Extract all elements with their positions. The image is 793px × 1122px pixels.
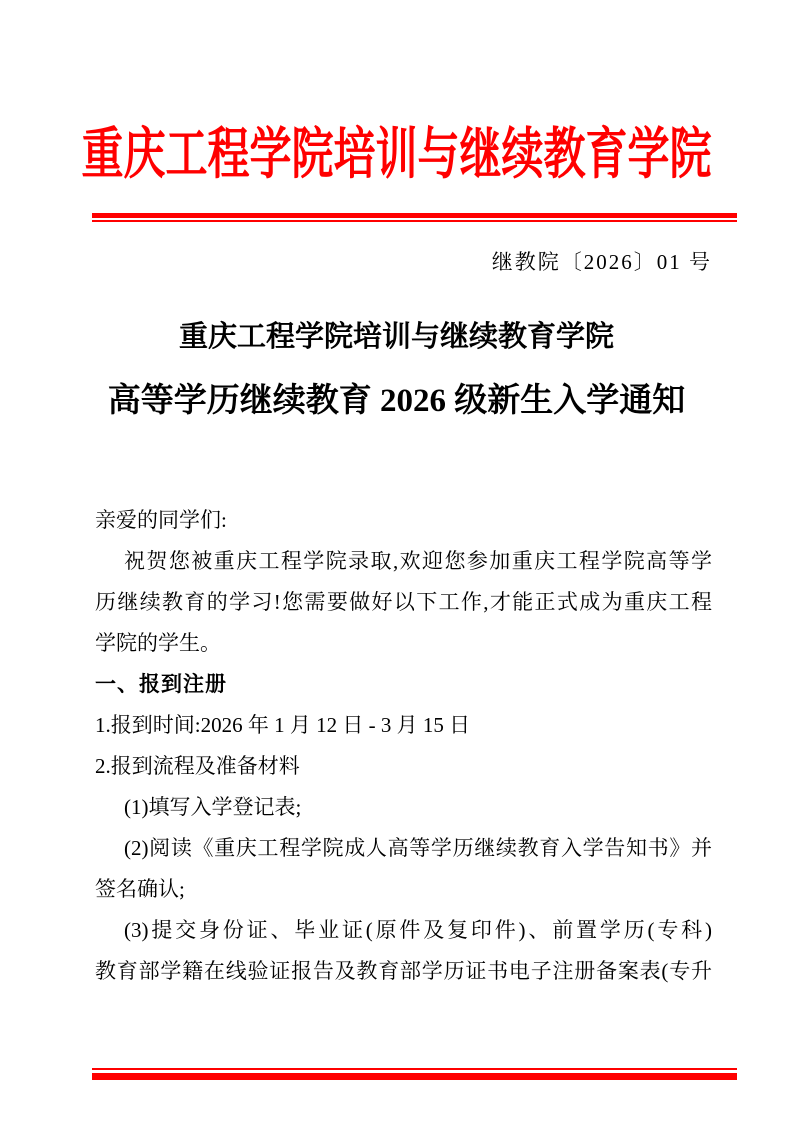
masthead-title: 重庆工程学院培训与继续教育学院 [0, 128, 793, 183]
header-rule-thin [92, 220, 737, 222]
body-line: 学院的学生。 [95, 623, 712, 664]
section-heading: 一、报到注册 [95, 664, 712, 705]
document-page: 重庆工程学院培训与继续教育学院 继教院〔2026〕01 号 重庆工程学院培训与继… [0, 0, 793, 1122]
body-line: 祝贺您被重庆工程学院录取,欢迎您参加重庆工程学院高等学 [95, 541, 712, 582]
sub-list-item-cont: 教育部学籍在线验证报告及教育部学历证书电子注册备案表(专升 [95, 951, 712, 992]
sub-list-item: (1)填写入学登记表; [95, 787, 712, 828]
doc-number: 继教院〔2026〕01 号 [492, 246, 712, 276]
body-text: 亲爱的同学们: 祝贺您被重庆工程学院录取,欢迎您参加重庆工程学院高等学 历继续教… [95, 500, 712, 992]
body-line: 历继续教育的学习!您需要做好以下工作,才能正式成为重庆工程 [95, 582, 712, 623]
notice-title-line1: 重庆工程学院培训与继续教育学院 [0, 323, 793, 352]
list-item: 2.报到流程及准备材料 [95, 746, 712, 787]
sub-list-item: (2)阅读《重庆工程学院成人高等学历继续教育入学告知书》并 [95, 828, 712, 869]
list-item: 1.报到时间:2026 年 1 月 12 日 - 3 月 15 日 [95, 705, 712, 746]
header-double-rule [92, 213, 737, 222]
salutation-line: 亲爱的同学们: [95, 500, 712, 541]
footer-double-rule [92, 1068, 737, 1080]
sub-list-item-cont: 签名确认; [95, 869, 712, 910]
notice-title-line2: 高等学历继续教育 2026 级新生入学通知 [0, 385, 793, 418]
sub-list-item: (3)提交身份证、毕业证(原件及复印件)、前置学历(专科) [95, 910, 712, 951]
footer-rule-thick [92, 1073, 737, 1080]
